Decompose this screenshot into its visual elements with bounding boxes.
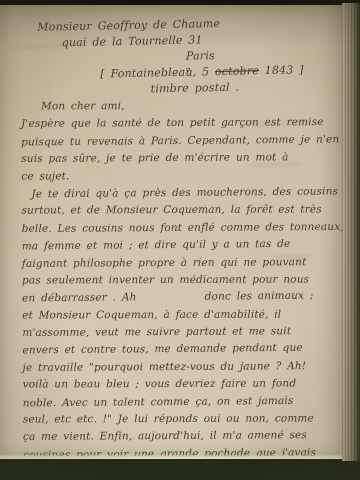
letter-line: puisque tu revenais à Paris. Cependant, … [21,131,321,151]
struck-word: octobre [215,64,259,78]
salutation: Mon cher ami, [41,97,321,115]
letter-line: suis pas sûre, je te prie de m'écrire un… [21,149,321,168]
letter-line: noble. Avec un talent comme ça, on est j… [23,392,323,412]
letter-body: Mon cher ami, J'espère que la santé de t… [21,97,323,464]
letter-line: je travaille "pourquoi mettez-vous du ja… [22,358,322,377]
letter-line: seul, etc etc. !" Je lui réponds oui ou … [23,411,323,429]
address-block: Monsieur Geoffroy de Chaume quai de la T… [0,13,343,100]
letter-line: faignant philosophe propre à rien qui ne… [22,254,322,273]
letter-line: ma femme et moi ; et dire qu'il y a un t… [22,236,322,256]
letter-line: en débarrasser . Ah donc les animaux ; [22,288,322,308]
letter-line: et Monsieur Coqueman, à face d'amabilité… [22,306,322,324]
letter-line: ça me vient. Enfin, aujourd'hui, il m'a … [23,428,323,447]
stacked-page-edges [342,3,360,461]
letter-paper: Monsieur Geoffroy de Chaume quai de la T… [0,5,342,459]
letter-line: voilà un beau bleu ; vous devriez faire … [23,376,323,394]
letter-line: ce sujet. [21,167,321,185]
letter-line: J'espère que la santé de ton petit garço… [21,114,321,133]
letter-line: surtout, et de Monsieur Coqueman, la for… [22,202,322,220]
question-mark-annotation: ? [185,65,190,81]
letter-photo: Monsieur Geoffroy de Chaume quai de la T… [0,0,360,480]
date-suffix: 1843 ] [259,63,304,77]
postmark-note: timbre postal . [151,77,343,97]
letter-line: envers et contre tous, me demande pendan… [22,340,322,360]
page-bottom-edge [0,454,342,459]
date-prefix: [ Fontainebleau, 5 [100,65,215,80]
